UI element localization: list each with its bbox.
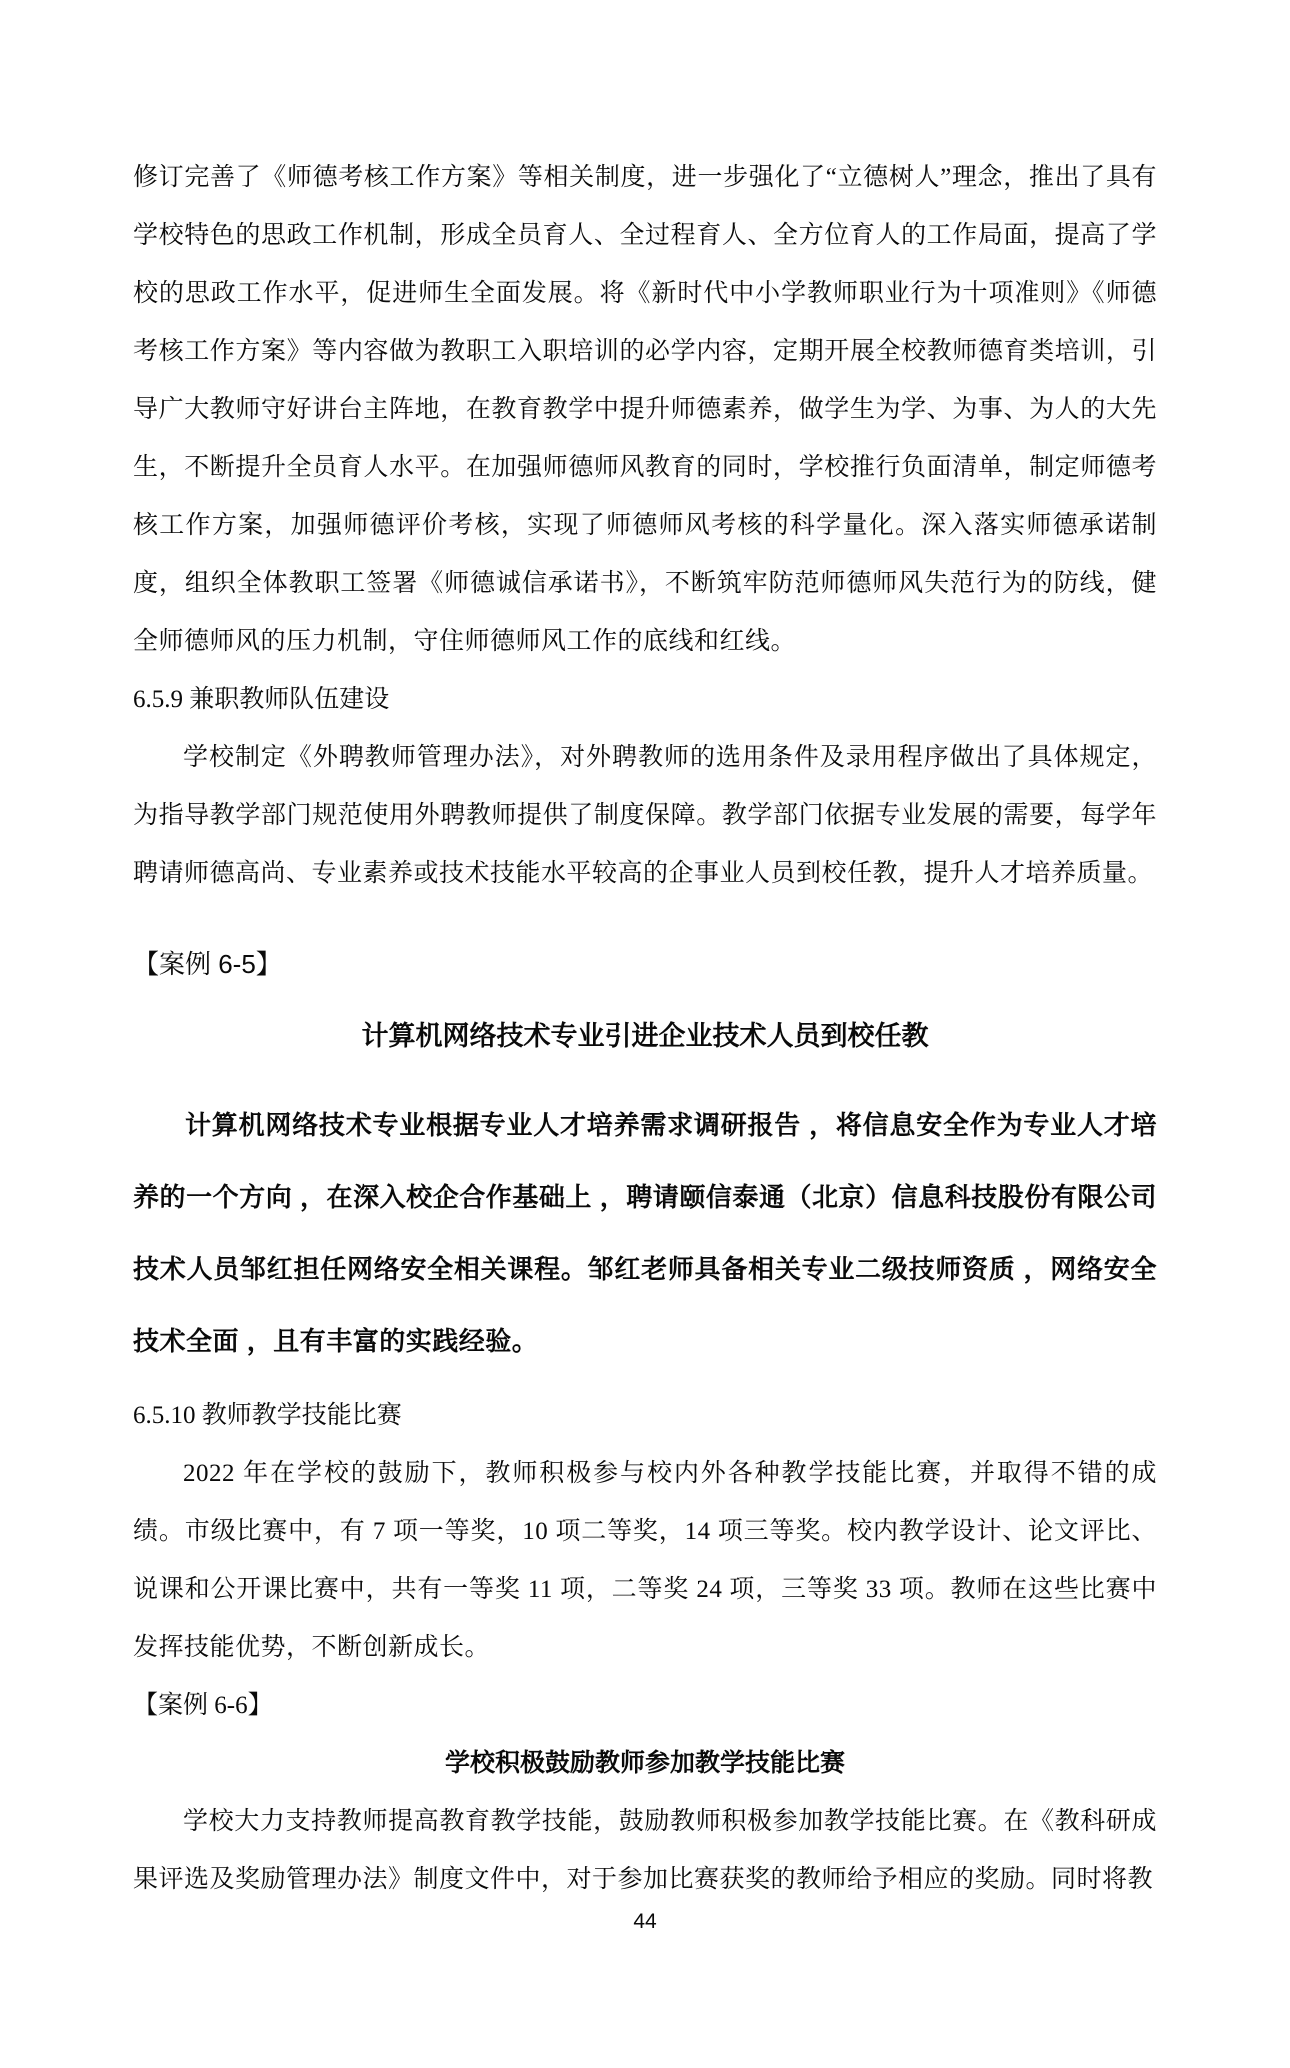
case-title-6-6: 学校积极鼓励教师参加教学技能比赛 (133, 1735, 1157, 1793)
document-page: 修订完善了《师德考核工作方案》等相关制度，进一步强化了“立德树人”理念，推出了具… (0, 0, 1290, 2068)
paragraph-part-time-teachers: 学校制定《外聘教师管理办法》，对外聘教师的选用条件及录用程序做出了具体规定，为指… (133, 729, 1157, 903)
section-heading-6-5-10: 6.5.10 教师教学技能比赛 (133, 1387, 1157, 1445)
page-number: 44 (0, 1902, 1290, 1942)
case-title-6-5: 计算机网络技术专业引进企业技术人员到校任教 (133, 1007, 1157, 1065)
paragraph-teaching-skill-competition: 2022 年在学校的鼓励下，教师积极参与校内外各种教学技能比赛，并取得不错的成绩… (133, 1445, 1157, 1677)
paragraph-continuation: 修订完善了《师德考核工作方案》等相关制度，进一步强化了“立德树人”理念，推出了具… (133, 149, 1157, 671)
case-body-6-5: 计算机网络技术专业根据专业人才培养需求调研报告 ，将信息安全作为专业人才培养的一… (133, 1089, 1157, 1377)
paragraph-case-6-6: 学校大力支持教师提高教育教学技能，鼓励教师积极参加教学技能比赛。在《教科研成果评… (133, 1793, 1157, 1909)
case-label-6-6: 【案例 6-6】 (133, 1677, 1157, 1735)
case-label-6-5: 【案例 6-5】 (133, 935, 1157, 993)
section-heading-6-5-9: 6.5.9 兼职教师队伍建设 (133, 671, 1157, 729)
